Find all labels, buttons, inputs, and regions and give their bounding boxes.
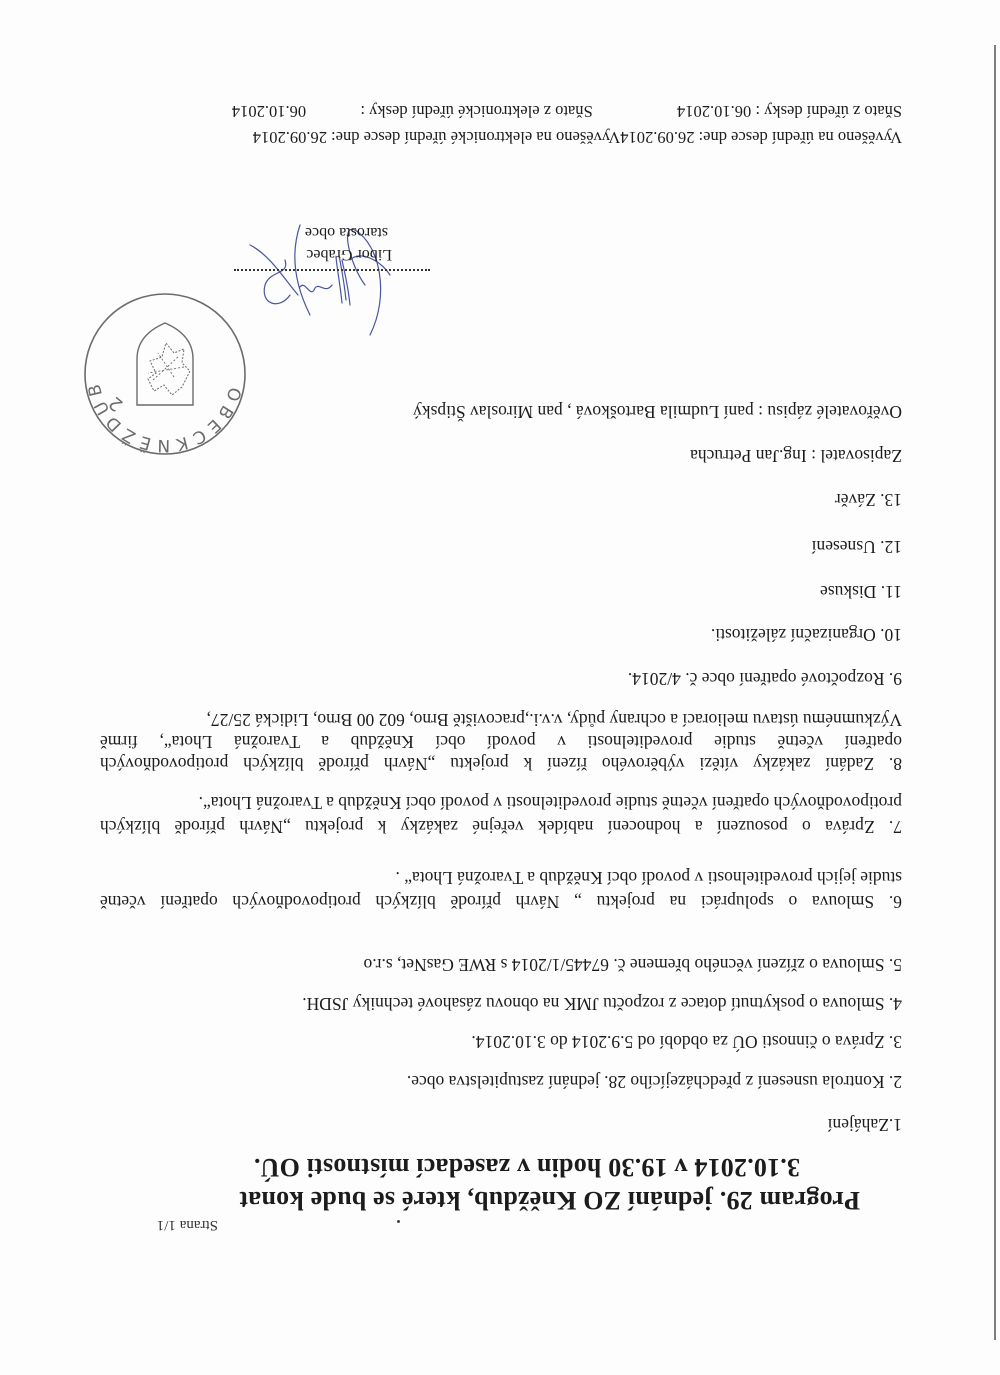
recorder-line: Zapisovatel : Ing.Jan Petrucha — [690, 445, 902, 466]
agenda-item-9: 9. Rozpočtové opatření obce č. 4/2014. — [628, 668, 902, 689]
agenda-item-6-line-1: 6. Smlouva o spolupráci na projektu „ Ná… — [100, 891, 902, 912]
scan-speck — [397, 1220, 400, 1223]
signature-dotted-line — [234, 269, 430, 271]
footer-posted-line: Vyvěšeno na úřední desce dne: 26.09.2014… — [253, 127, 902, 147]
coat-of-arms-icon — [137, 323, 193, 405]
agenda-item-5: 5. Smlouva o zřízení věcného břemene č. … — [364, 954, 903, 975]
agenda-item-1: 1.Zahájení — [828, 1114, 902, 1135]
agenda-item-2: 2. Kontrola usnesení z předcházejícího 2… — [407, 1071, 902, 1092]
agenda-item-10: 10. Organizační záležitosti. — [711, 624, 902, 645]
document-title-line-2: 3.10.2014 v 19.30 hodin v zasedací místn… — [254, 1152, 800, 1182]
agenda-item-13: 13. Závěr — [835, 489, 902, 510]
document-title-line-1: Program 29. jednání ZO Kněždub, které se… — [239, 1185, 860, 1215]
agenda-item-8-line-2: opatření včetně studie proveditelnosti v… — [100, 731, 902, 752]
agenda-item-7-line-1: 7. Zpráva o posouzení a hodnocení nabíde… — [100, 816, 902, 837]
footer-posted-official: Vyvěšeno na úřední desce dne: 26.09.2014 — [620, 128, 902, 147]
agenda-item-8-line-1: 8. Zadání zakázky vítězi výběrového říze… — [100, 753, 902, 774]
stamp-text: O B E C K N Ě Ž D U B — [85, 382, 245, 455]
municipal-stamp: O B E C K N Ě Ž D U B 2 — [82, 291, 248, 457]
verifiers-line: Ověřovatelé zápisu : paní Ludmila Bartoš… — [413, 401, 902, 422]
mayor-name: Libor Grabec — [306, 245, 392, 263]
agenda-item-12: 12. Usnesení — [812, 536, 902, 557]
agenda-item-4: 4. Smlouva o poskytnutí dotace z rozpočt… — [302, 993, 902, 1014]
agenda-item-11: 11. Diskuse — [820, 581, 902, 602]
footer-posted-electronic: Vyvěšeno na elektronické úřední desce dn… — [253, 128, 620, 147]
footer-removed-electronic: Sňato z elektronické úřední desky : — [360, 102, 592, 121]
scan-edge-line — [994, 45, 996, 1340]
scanned-document-page: Strana 1/1 Program 29. jednání ZO Kněždu… — [0, 0, 1000, 1375]
agenda-item-6-line-2: studie jejich proveditelnosti v povodí o… — [100, 867, 902, 888]
agenda-item-3: 3. Zpráva o činnosti OÚ za období od 5.9… — [471, 1031, 902, 1052]
footer-removed-electronic-date: 06.10.2014 — [232, 102, 306, 121]
agenda-item-7-line-2: protipovodňových opatření včetně studie … — [100, 792, 902, 813]
agenda-item-8-line-3: Výzkumnému ústavu meliorací a ochrany pů… — [100, 709, 902, 730]
footer-removed-line: Sňato z úřední desky : 06.10.2014 Sňato … — [232, 101, 902, 121]
page-number: Strana 1/1 — [157, 1216, 218, 1233]
mayor-role: starosta obce — [305, 223, 388, 241]
footer-removed-official: Sňato z úřední desky : 06.10.2014 — [677, 102, 902, 121]
